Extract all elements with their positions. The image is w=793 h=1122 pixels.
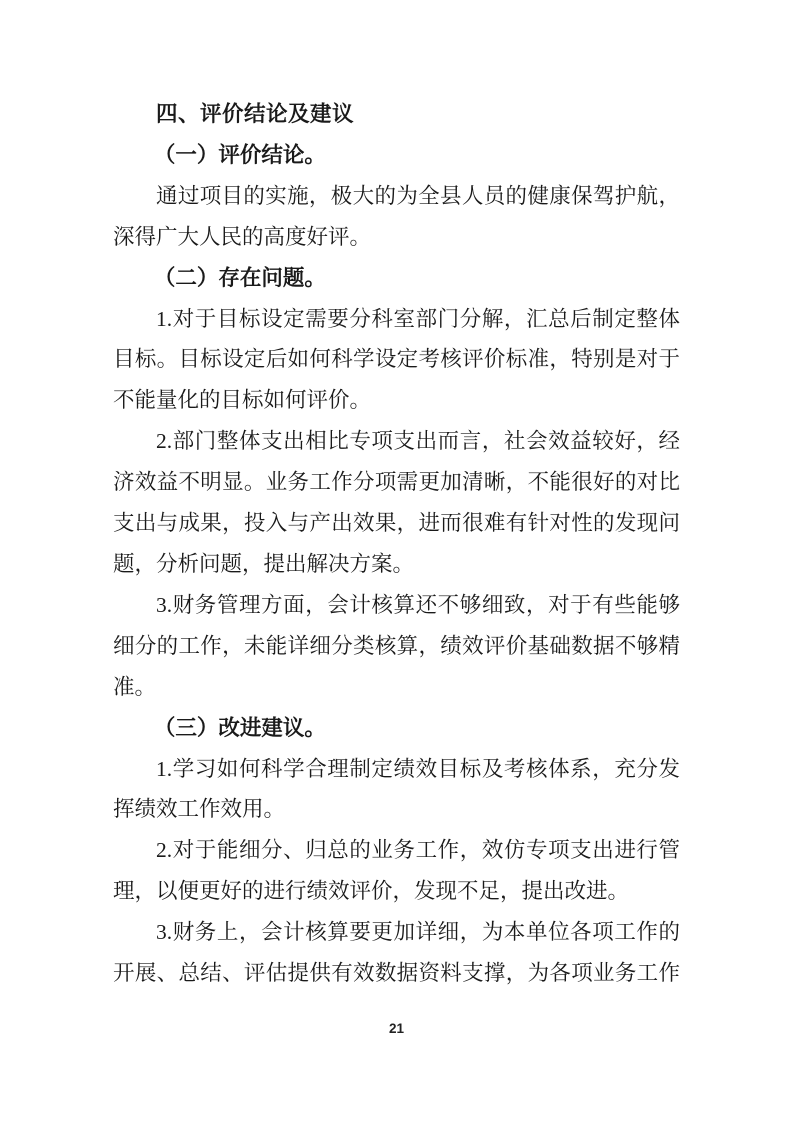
- paragraph-line: 目标。目标设定后如何科学设定考核评价标准，特别是对于: [113, 339, 680, 380]
- document-page: 四、评价结论及建议 （一）评价结论。 通过项目的实施，极大的为全县人员的健康保驾…: [0, 0, 793, 1122]
- paragraph-line: 3.财务管理方面，会计核算还不够细致，对于有些能够: [113, 585, 680, 626]
- subsection-heading-1: （一）评价结论。: [113, 135, 680, 176]
- paragraph-line: 1.学习如何科学合理制定绩效目标及考核体系，充分发: [113, 749, 680, 790]
- paragraph-line: 2.对于能细分、归总的业务工作，效仿专项支出进行管: [113, 830, 680, 871]
- paragraph-line: 理，以便更好的进行绩效评价，发现不足，提出改进。: [113, 871, 680, 912]
- paragraph-line: 题，分析问题，提出解决方案。: [113, 544, 680, 585]
- section-heading: 四、评价结论及建议: [113, 94, 680, 135]
- paragraph-line: 2.部门整体支出相比专项支出而言，社会效益较好，经: [113, 421, 680, 462]
- paragraph-line: 不能量化的目标如何评价。: [113, 380, 680, 421]
- paragraph-line: 细分的工作，未能详细分类核算，绩效评价基础数据不够精: [113, 626, 680, 667]
- paragraph-line: 准。: [113, 667, 680, 708]
- paragraph-line: 3.财务上，会计核算要更加详细，为本单位各项工作的: [113, 912, 680, 953]
- document-body: 四、评价结论及建议 （一）评价结论。 通过项目的实施，极大的为全县人员的健康保驾…: [113, 94, 680, 994]
- paragraph-line: 挥绩效工作效用。: [113, 789, 680, 830]
- page-number: 21: [0, 1021, 793, 1036]
- paragraph-line: 通过项目的实施，极大的为全县人员的健康保驾护航，: [113, 176, 680, 217]
- paragraph-line: 开展、总结、评估提供有效数据资料支撑，为各项业务工作: [113, 953, 680, 994]
- paragraph-line: 1.对于目标设定需要分科室部门分解，汇总后制定整体: [113, 299, 680, 340]
- subsection-heading-3: （三）改进建议。: [113, 708, 680, 749]
- paragraph-line: 济效益不明显。业务工作分项需更加清晰，不能很好的对比: [113, 462, 680, 503]
- subsection-heading-2: （二）存在问题。: [113, 258, 680, 299]
- paragraph-line: 支出与成果，投入与产出效果，进而很难有针对性的发现问: [113, 503, 680, 544]
- paragraph-line: 深得广大人民的高度好评。: [113, 217, 680, 258]
